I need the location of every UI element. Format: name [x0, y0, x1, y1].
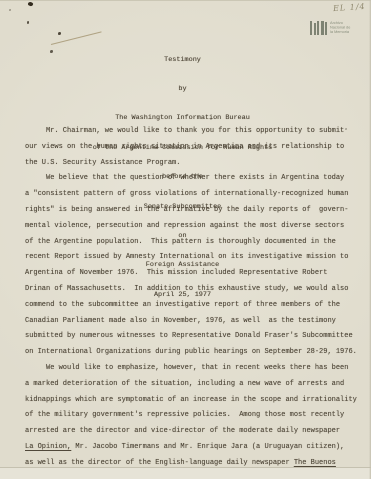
- text-line: a "consistent pattern of gross violation…: [25, 187, 361, 203]
- title-line: The Washington Information Bureau: [0, 114, 365, 124]
- text-line: commend to the subcommittee an investiga…: [25, 298, 361, 314]
- text-line: La Opinion, Mr. Jacobo Timermans and Mr.…: [25, 440, 361, 456]
- ink-speck: [27, 1, 33, 7]
- text-line: the U.S. Security Assistance Program.: [25, 156, 361, 172]
- text-line: Drinan of Massachusetts. In addition to …: [25, 282, 361, 298]
- ink-speck: [58, 32, 61, 35]
- ink-speck: [345, 128, 347, 130]
- text-line: submitted by numerous witnesses to Repre…: [25, 329, 361, 345]
- title-line: Testimony: [0, 56, 365, 66]
- text-line: on International Organizations during pu…: [25, 345, 361, 361]
- text-line: kidnappings which are symptomatic of an …: [25, 393, 361, 409]
- scanner-background-strip: [0, 468, 371, 479]
- archive-logo-bars-icon: [310, 21, 327, 35]
- text-line: rights" is being answered in the affirma…: [25, 203, 361, 219]
- scanned-document-page: EL 1/4 Archivo Nacional de la Memoria Te…: [0, 0, 371, 479]
- text-line: We believe that the question of whether …: [25, 171, 361, 187]
- stamp-line: la Memoria: [330, 30, 349, 34]
- archive-stamp-text: Archivo Nacional de la Memoria: [330, 21, 369, 34]
- ink-speck: [9, 9, 11, 11]
- text-line: our views on the human rights situation …: [25, 140, 361, 156]
- text-line: recent Report issued by Amnesty Internat…: [25, 250, 361, 266]
- stamp-line: Nacional de: [330, 26, 350, 30]
- text-line: of the Argentine population. This patter…: [25, 235, 361, 251]
- ink-speck: [210, 118, 212, 120]
- text-line: a marked deterioration of the situation,…: [25, 377, 361, 393]
- text-line: Argentina of November 1976. This mission…: [25, 266, 361, 282]
- text-line: of the military government's repressive …: [25, 408, 361, 424]
- text-line: Mr. Chairman, we would like to thank you…: [25, 124, 361, 140]
- page-edge-top: [0, 0, 371, 1]
- ink-speck: [27, 21, 29, 24]
- text-line: mental violence, persecution and repress…: [25, 219, 361, 235]
- text-line: We would like to emphasize, however, tha…: [25, 361, 361, 377]
- handwritten-pencil-note: EL 1/4: [333, 2, 366, 13]
- text-line: arrested are the director and vice-direc…: [25, 424, 361, 440]
- text-line: Canadian Parliament made also in Novembe…: [25, 314, 361, 330]
- stamp-line: Archivo: [330, 21, 343, 25]
- title-line: by: [0, 85, 365, 95]
- body-text: Mr. Chairman, we would like to thank you…: [25, 124, 361, 472]
